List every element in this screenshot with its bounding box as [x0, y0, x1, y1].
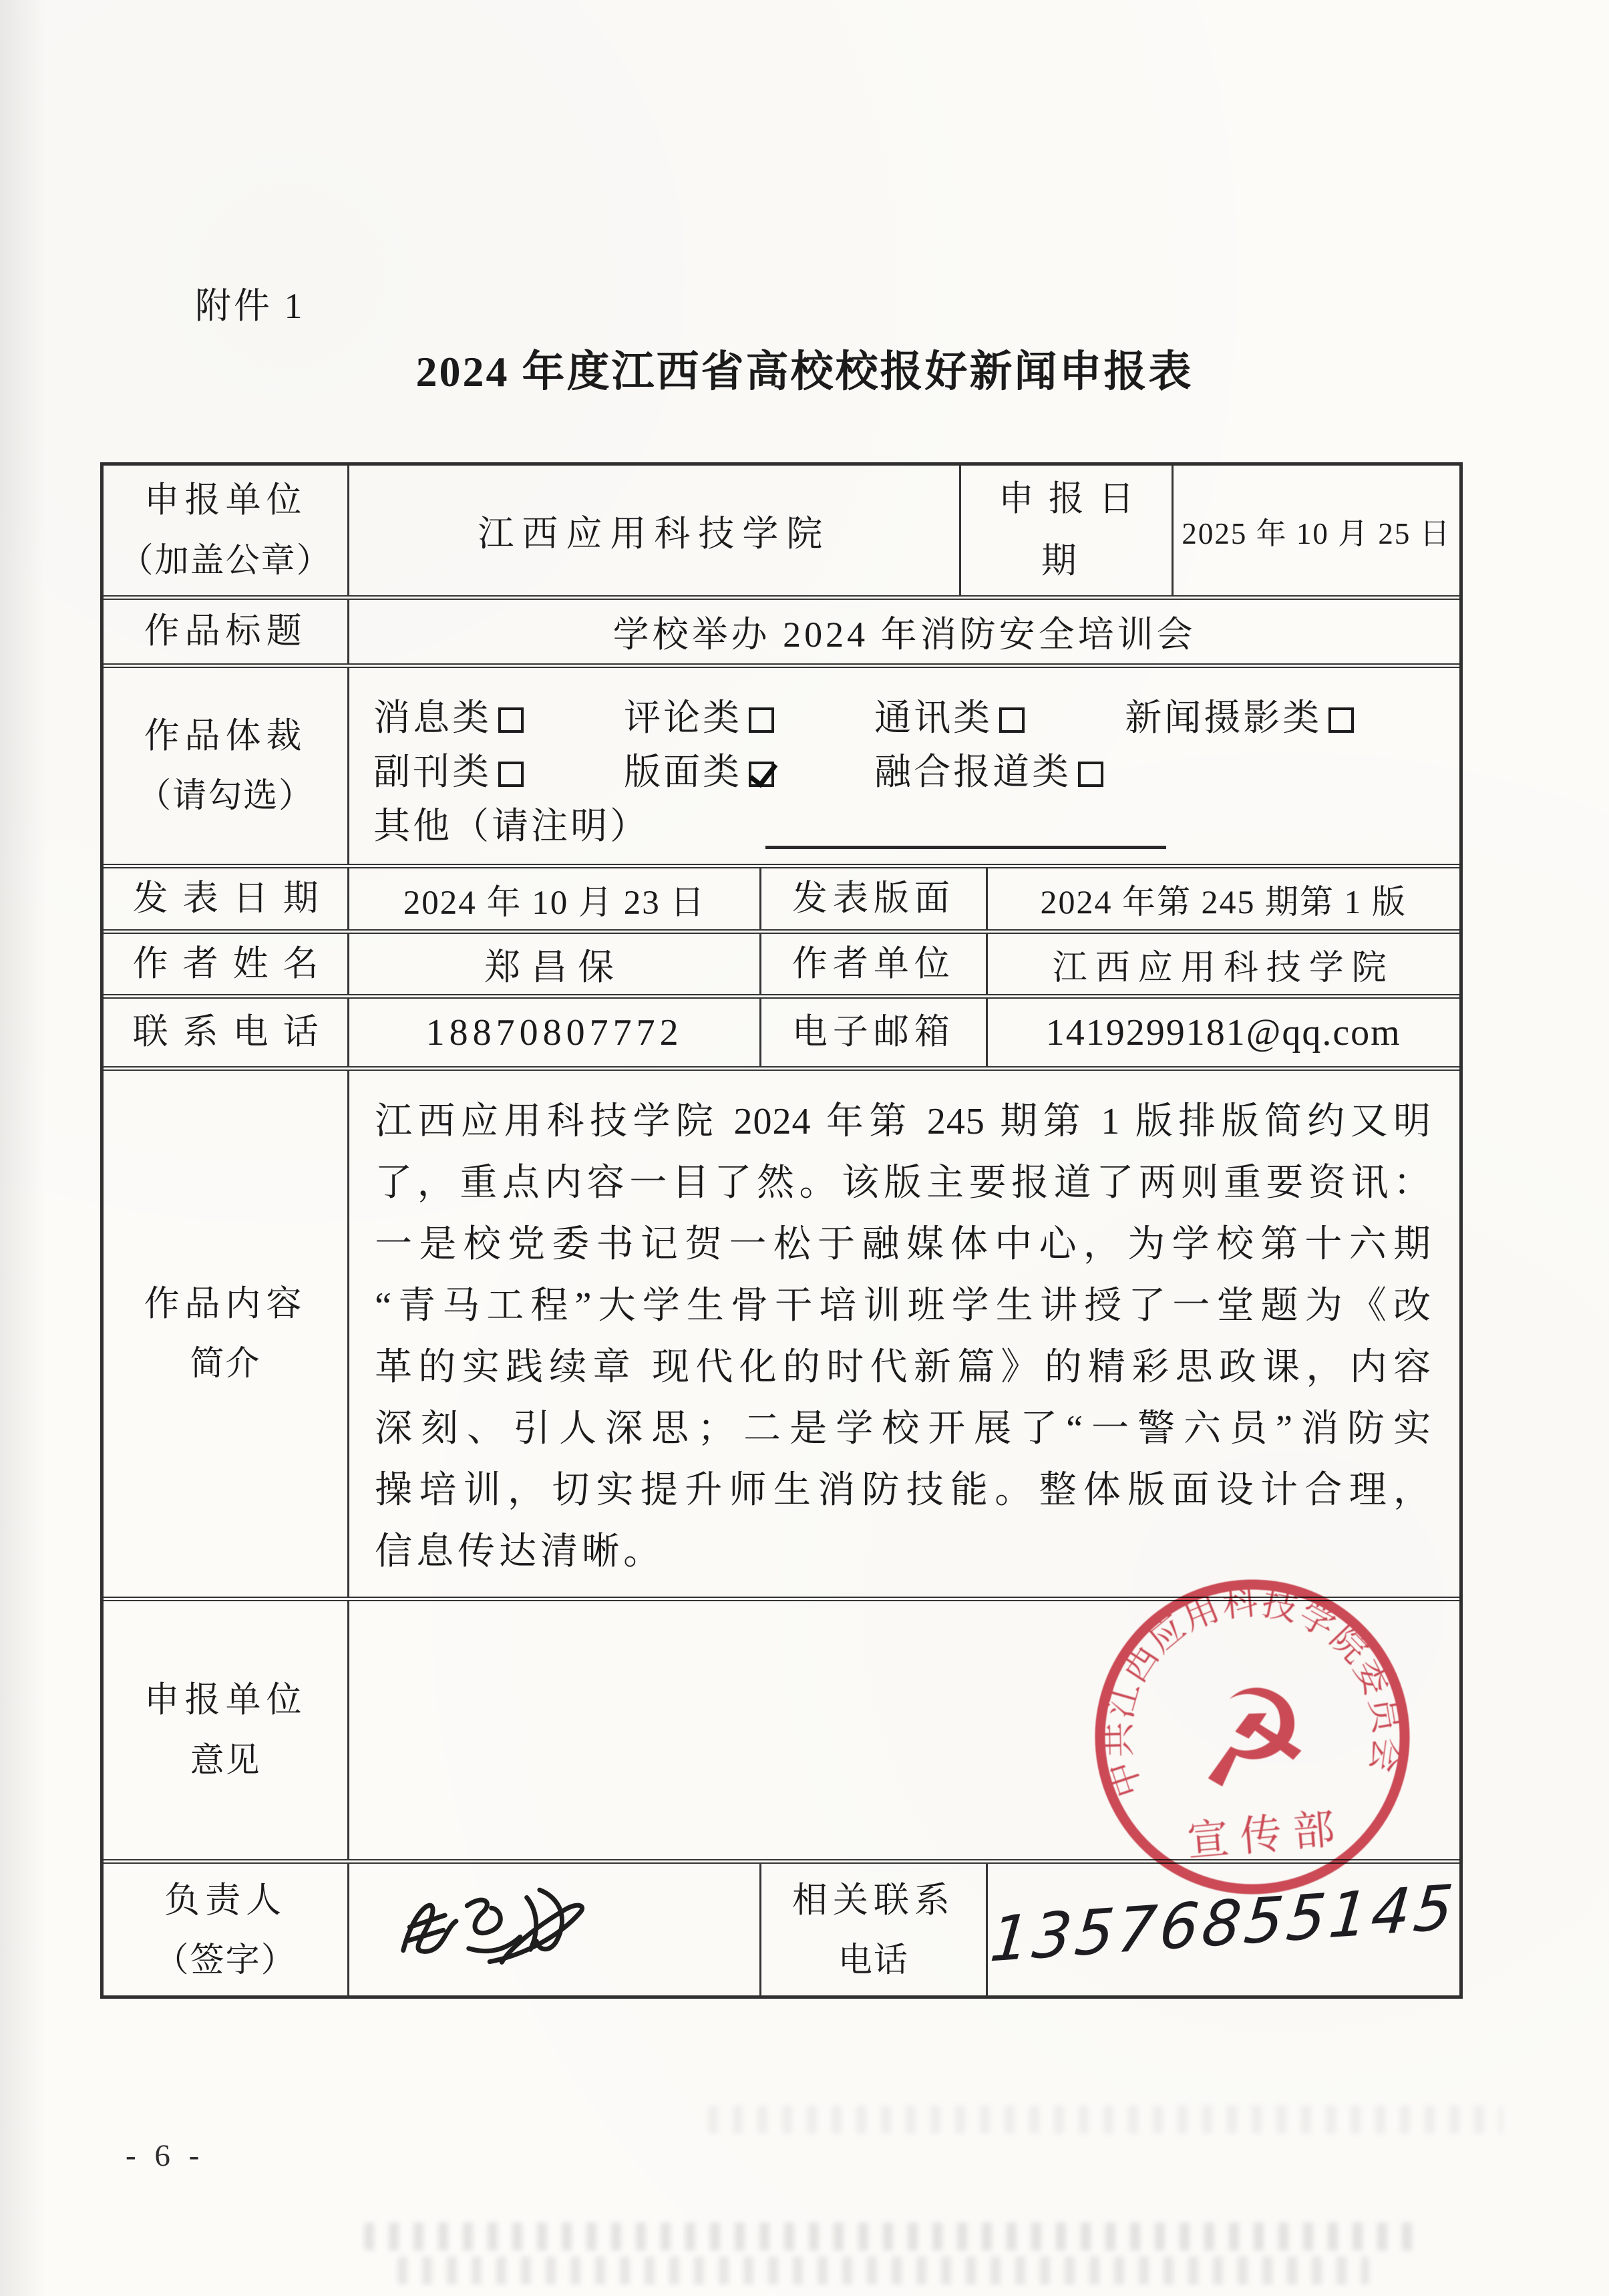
genre-option-news: 消息类	[373, 688, 524, 741]
genre-options: 消息类 评论类 通讯类 新闻摄影类 副刊类 版面类 融合报道类 其他（请注明）	[349, 668, 1459, 864]
scanned-form-page: 附件 1 2024 年度江西省高校校报好新闻申报表 申报单位 （加盖公章） 江西…	[0, 0, 1609, 2296]
summary-line: 了，重点内容一目了然。该版主要报道了两则重要资讯：	[375, 1152, 1431, 1214]
genre-option-photography: 新闻摄影类	[1125, 688, 1354, 741]
email-value: 1419299181@qq.com	[988, 999, 1460, 1066]
page-number: - 6 -	[126, 2138, 204, 2174]
genre-option-commentary: 评论类	[624, 688, 774, 741]
attachment-label: 附件 1	[195, 277, 305, 329]
declare-unit-label: 申报单位 （加盖公章）	[104, 466, 349, 595]
declare-date-label: 申报日期	[961, 466, 1174, 595]
genre-option-supplement: 副刊类	[373, 742, 524, 795]
unit-opinion-label: 申报单位 意见	[104, 1601, 349, 1859]
row-summary: 作品内容 简介 江西应用科技学院 2024 年第 245 期第 1 版排版简约又…	[104, 1071, 1459, 1601]
row-contact: 联系电话 18870807772 电子邮箱 1419299181@qq.com	[104, 999, 1459, 1071]
publish-page-label: 发表版面	[761, 868, 987, 929]
bleed-through-smudge	[364, 2223, 1416, 2251]
genre-label: 作品体裁 （请勾选）	[104, 668, 349, 864]
author-unit-label: 作者单位	[761, 934, 987, 994]
genre-other-line: 其他（请注明）	[373, 796, 1439, 849]
contact-phone-label: 联系电话	[104, 999, 349, 1066]
other-blank-line	[765, 810, 1166, 849]
summary-line: 操培训，切实提升师生消防技能。整体版面设计合理，	[375, 1460, 1431, 1521]
summary-line: 深刻、引人深思；二是学校开展了“一警六员”消防实	[375, 1398, 1431, 1460]
summary-line: 江西应用科技学院 2024 年第 245 期第 1 版排版简约又明	[375, 1091, 1431, 1152]
declare-unit-value: 江西应用科技学院	[349, 466, 960, 595]
publish-date-label: 发表日期	[104, 868, 349, 929]
genre-options-line2: 副刊类 版面类 融合报道类	[373, 742, 1439, 795]
publish-date-value: 2024 年 10 月 23 日	[349, 868, 761, 929]
contact-phone-value: 18870807772	[349, 999, 761, 1066]
author-name-label: 作者姓名	[104, 934, 349, 994]
work-title-label: 作品标题	[104, 600, 349, 663]
genre-option-layout: 版面类	[624, 742, 774, 795]
checkbox-commentary	[749, 707, 774, 733]
email-label: 电子邮箱	[761, 999, 987, 1066]
hammer-and-sickle-icon: ☭	[1188, 1658, 1318, 1820]
row-author: 作者姓名 郑昌保 作者单位 江西应用科技学院	[104, 934, 1459, 999]
checkbox-photography	[1328, 707, 1354, 733]
bleed-through-smudge	[708, 2106, 1503, 2134]
bleed-through-smudge	[397, 2257, 1369, 2285]
summary-line: 一是校党委书记贺一松于融媒体中心，为学校第十六期	[375, 1214, 1431, 1275]
checkbox-converged-report	[1078, 762, 1103, 787]
official-seal: 中共江西应用科技学院委员会 ☭ 宣传部	[1077, 1562, 1427, 1912]
checkbox-supplement	[498, 762, 524, 787]
summary-line: “青马工程”大学生骨干培训班学生讲授了一堂题为《改	[375, 1275, 1431, 1337]
genre-option-communication: 通讯类	[874, 688, 1025, 741]
responsible-label: 负责人 （签字）	[104, 1864, 349, 1997]
genre-option-converged-report: 融合报道类	[874, 742, 1103, 795]
checkbox-news	[498, 707, 524, 733]
declare-date-value: 2025 年 10 月 25 日	[1174, 466, 1459, 595]
form-title: 2024 年度江西省高校校报好新闻申报表	[0, 337, 1609, 399]
publish-page-value: 2024 年第 245 期第 1 版	[988, 868, 1460, 929]
summary-line: 革的实践续章 现代化的时代新篇》的精彩思政课，内容	[375, 1337, 1431, 1398]
author-unit-value: 江西应用科技学院	[988, 934, 1460, 994]
related-phone-label: 相关联系 电话	[761, 1864, 987, 1997]
checkbox-communication	[999, 707, 1025, 733]
checkbox-layout	[749, 762, 774, 787]
genre-options-line1: 消息类 评论类 通讯类 新闻摄影类	[373, 688, 1439, 741]
row-genre: 作品体裁 （请勾选） 消息类 评论类 通讯类 新闻摄影类 副刊类 版面类 融合报…	[104, 668, 1459, 868]
summary-label: 作品内容 简介	[104, 1071, 349, 1597]
responsible-signature-cell	[349, 1864, 761, 1997]
author-name-value: 郑昌保	[349, 934, 761, 994]
row-declare-unit: 申报单位 （加盖公章） 江西应用科技学院 申报日期 2025 年 10 月 25…	[104, 466, 1459, 600]
signature-handwriting	[384, 1870, 604, 1991]
work-title-value: 学校举办 2024 年消防安全培训会	[349, 600, 1459, 663]
row-publish: 发表日期 2024 年 10 月 23 日 发表版面 2024 年第 245 期…	[104, 868, 1459, 934]
summary-text: 江西应用科技学院 2024 年第 245 期第 1 版排版简约又明 了，重点内容…	[349, 1071, 1459, 1597]
row-work-title: 作品标题 学校举办 2024 年消防安全培训会	[104, 600, 1459, 668]
